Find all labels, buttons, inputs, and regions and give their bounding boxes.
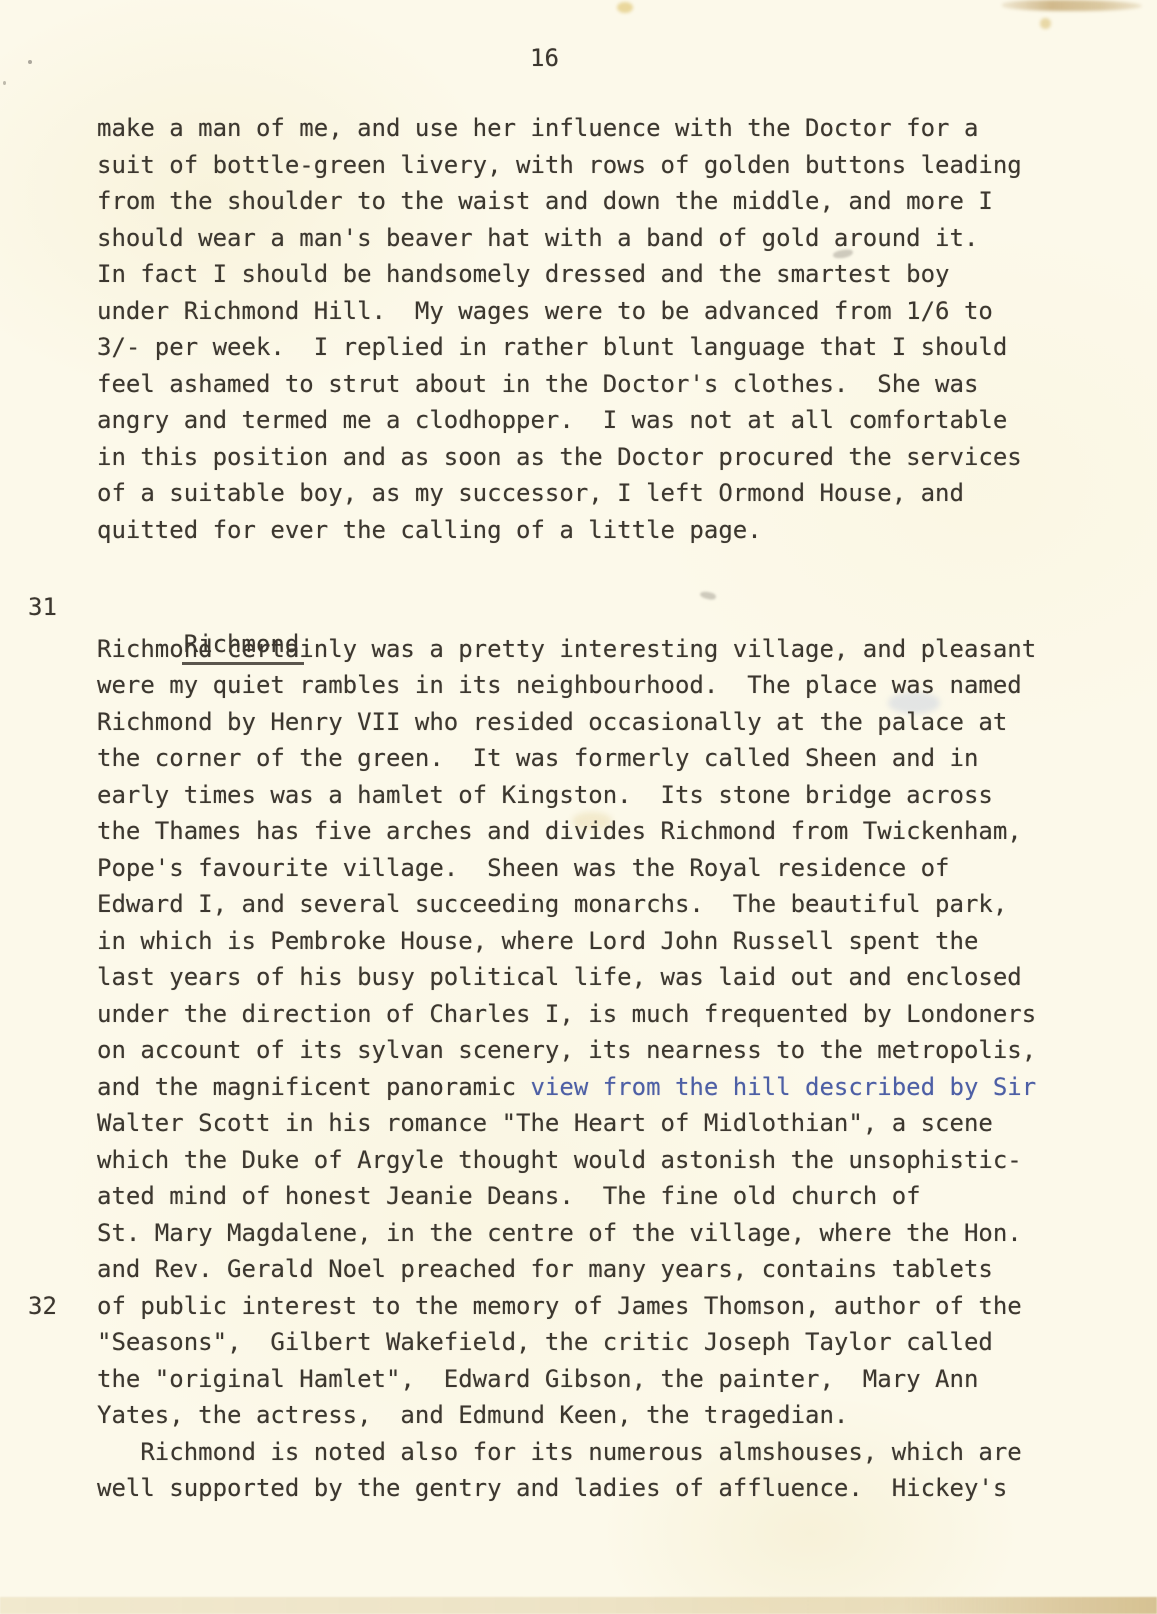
- paper-speck: [3, 81, 6, 85]
- text-line: Richmond is noted also for its numerous …: [97, 1434, 1097, 1471]
- text-line: 32of public interest to the memory of Ja…: [97, 1288, 1097, 1325]
- text-line: early times was a hamlet of Kingston. It…: [97, 777, 1097, 814]
- text-line: under Richmond Hill. My wages were to be…: [97, 293, 1097, 330]
- blue-ink-text: view from the hill described by Sir: [530, 1073, 1036, 1101]
- text-line: St. Mary Magdalene, in the centre of the…: [97, 1215, 1097, 1252]
- text-line: under the direction of Charles I, is muc…: [97, 996, 1097, 1033]
- text-segment: of public interest to the memory of Jame…: [97, 1292, 1022, 1320]
- text-line: the Thames has five arches and divides R…: [97, 813, 1097, 850]
- text-line: "Seasons", Gilbert Wakefield, the critic…: [97, 1324, 1097, 1361]
- closing-paragraph: Richmond is noted also for its numerous …: [97, 1434, 1097, 1507]
- text-line: the "original Hamlet", Edward Gibson, th…: [97, 1361, 1097, 1398]
- stain-top-right: [1002, 0, 1142, 11]
- stain-dot-right: [1040, 18, 1051, 29]
- text-line: and Rev. Gerald Noel preached for many y…: [97, 1251, 1097, 1288]
- text-line: on account of its sylvan scenery, its ne…: [97, 1032, 1097, 1069]
- text-line: from the shoulder to the waist and down …: [97, 183, 1097, 220]
- page-number: 16: [530, 44, 559, 72]
- richmond-paragraph: Richmond certainly was a pretty interest…: [97, 631, 1097, 1434]
- stain-dot-top-center: [617, 2, 633, 13]
- margin-section-number: 31: [28, 589, 57, 626]
- text-line: of a suitable boy, as my successor, I le…: [97, 475, 1097, 512]
- page-bottom-shadow-band: [0, 1597, 1157, 1614]
- text-line: angry and termed me a clodhopper. I was …: [97, 402, 1097, 439]
- text-line: suit of bottle-green livery, with rows o…: [97, 147, 1097, 184]
- text-line: which the Duke of Argyle thought would a…: [97, 1142, 1097, 1179]
- text-column: make a man of me, and use her influence …: [97, 110, 1097, 1507]
- text-line: quitted for ever the calling of a little…: [97, 512, 1097, 549]
- opening-paragraph: make a man of me, and use her influence …: [97, 110, 1097, 548]
- margin-section-number: 32: [28, 1288, 57, 1325]
- text-line: 3/- per week. I replied in rather blunt …: [97, 329, 1097, 366]
- paper-speck: [28, 60, 32, 64]
- text-line: in this position and as soon as the Doct…: [97, 439, 1097, 476]
- text-line: Pope's favourite village. Sheen was the …: [97, 850, 1097, 887]
- text-line: ated mind of honest Jeanie Deans. The fi…: [97, 1178, 1097, 1215]
- text-line: Yates, the actress, and Edmund Keen, the…: [97, 1397, 1097, 1434]
- document-page: 16 make a man of me, and use her influen…: [0, 0, 1157, 1614]
- section-heading-row: 31Richmond: [97, 589, 1097, 626]
- text-segment: and the magnificent panoramic: [97, 1073, 530, 1101]
- text-line: the corner of the green. It was formerly…: [97, 740, 1097, 777]
- text-line: and the magnificent panoramic view from …: [97, 1069, 1097, 1106]
- text-line: last years of his busy political life, w…: [97, 959, 1097, 996]
- text-line: well supported by the gentry and ladies …: [97, 1470, 1097, 1507]
- text-line: In fact I should be handsomely dressed a…: [97, 256, 1097, 293]
- text-line: feel ashamed to strut about in the Docto…: [97, 366, 1097, 403]
- text-line: Richmond certainly was a pretty interest…: [97, 631, 1097, 668]
- text-line: Richmond by Henry VII who resided occasi…: [97, 704, 1097, 741]
- text-line: Edward I, and several succeeding monarch…: [97, 886, 1097, 923]
- text-line: Walter Scott in his romance "The Heart o…: [97, 1105, 1097, 1142]
- text-line: in which is Pembroke House, where Lord J…: [97, 923, 1097, 960]
- text-line: make a man of me, and use her influence …: [97, 110, 1097, 147]
- text-line: were my quiet rambles in its neighbourho…: [97, 667, 1097, 704]
- text-line: should wear a man's beaver hat with a ba…: [97, 220, 1097, 257]
